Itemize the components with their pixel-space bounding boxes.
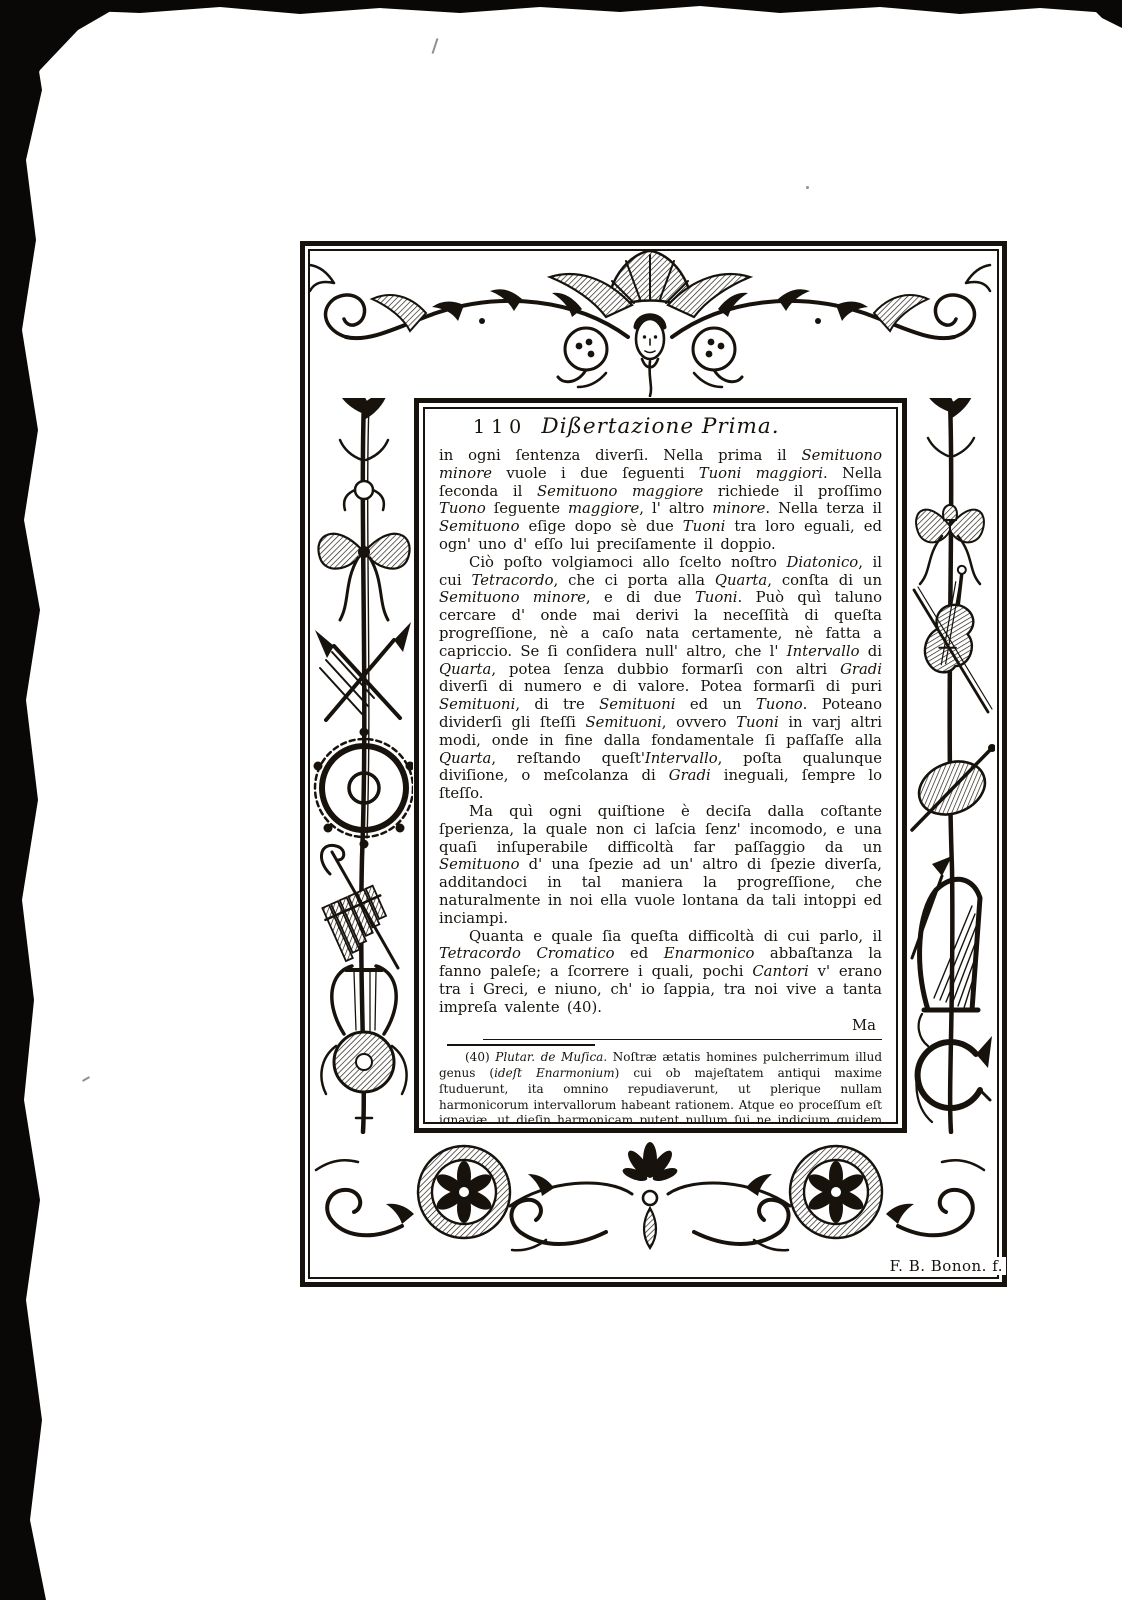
trumpet-icon (912, 856, 952, 958)
paper-speck (806, 186, 809, 189)
text-box-inner-rule: 110 Dißertazione Prima. in ogni ſentenza… (423, 407, 898, 1124)
footnote-separator-hairline (483, 1039, 882, 1040)
face-mask-icon (636, 316, 664, 396)
flower-medallion-icon (790, 1146, 882, 1238)
body-paragraph: Ciò poſto volgiamoci allo ſcelto noſtro … (439, 554, 882, 803)
text-box: 110 Dißertazione Prima. in ogni ſentenza… (414, 398, 907, 1133)
scanned-book-page: 110 Dißertazione Prima. in ogni ſentenza… (0, 0, 1122, 1600)
torn-left-page-edge (0, 0, 58, 1600)
page-number: 110 (473, 416, 527, 438)
palmette-icon (621, 1142, 679, 1248)
cornucopia-cup-icon (693, 328, 742, 382)
hunting-horn-icon (916, 1014, 992, 1122)
left-instrument-trophy-ornament (306, 398, 413, 1134)
paper-speck (82, 1076, 90, 1082)
viol-body-icon (911, 744, 995, 830)
paper-speck (432, 38, 439, 54)
flower-medallion-icon (418, 1146, 510, 1238)
page-header: 110 Dißertazione Prima. (439, 414, 882, 444)
dark-top-right-notch (1088, 0, 1122, 28)
footnote: (40) Plutar. de Muſica. Noſtræ ætatis ho… (439, 1050, 882, 1124)
body-text: in ogni ſentenza diverſi. Nella prima il… (439, 447, 882, 1017)
footnote-paragraph: (40) Plutar. de Muſica. Noſtræ ætatis ho… (439, 1050, 882, 1124)
top-garland-ornament (306, 247, 994, 397)
body-paragraph: in ogni ſentenza diverſi. Nella prima il… (439, 447, 882, 554)
dark-top-scan-edge (0, 0, 1122, 20)
bottom-scroll-ornament (306, 1136, 994, 1262)
engraver-signature: F. B. Bonon. f. (860, 1257, 1006, 1275)
right-instrument-trophy-ornament (908, 398, 995, 1134)
cornucopia-cup-icon (558, 328, 607, 382)
footnote-separator-rule (447, 1044, 595, 1046)
body-paragraph: Quanta e quale ſia queſta difficoltà di … (439, 928, 882, 1017)
catchword: Ma (439, 1017, 882, 1035)
body-paragraph: Ma quì ogni quiſtione è deciſa dalla coſ… (439, 803, 882, 928)
